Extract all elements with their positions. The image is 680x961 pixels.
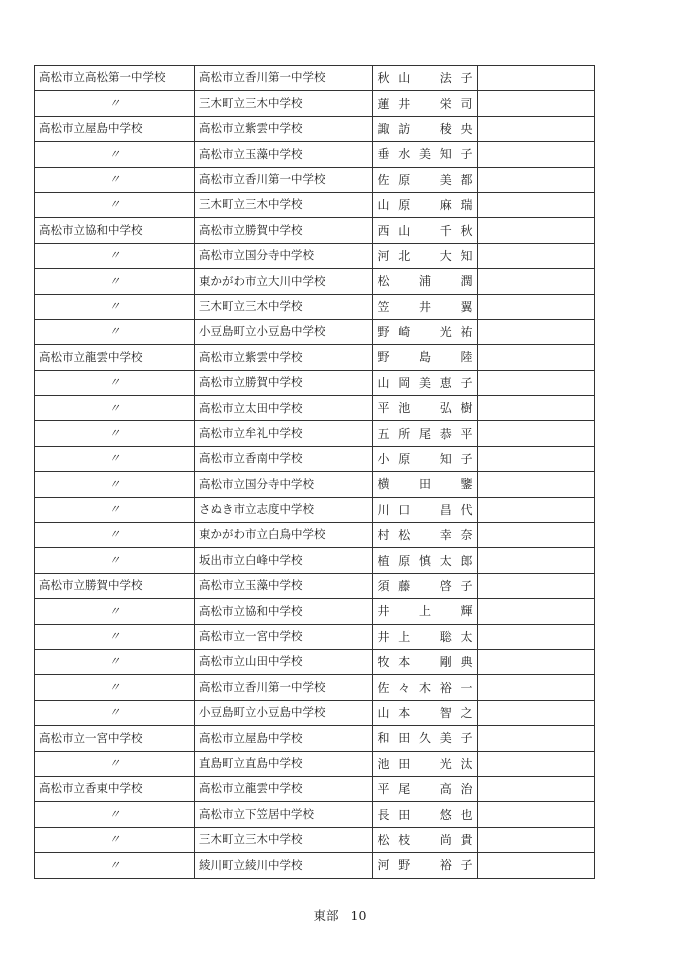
from-school-cell: 〃: [35, 853, 195, 878]
name-char: 法: [439, 72, 452, 84]
name-char: 光: [439, 326, 452, 338]
name-char: 裕: [439, 682, 452, 694]
teacher-name: 蓮井栄司: [377, 98, 473, 110]
name-char: 河: [377, 859, 390, 871]
teacher-name: 和田久美子: [377, 732, 473, 744]
teacher-name: 佐原美都: [377, 174, 473, 186]
name-char: 田: [398, 809, 411, 821]
name-char: 稜: [439, 123, 452, 135]
to-school-cell: 高松市立紫雲中学校: [195, 345, 373, 370]
name-char: 山: [398, 225, 411, 237]
name-char: 子: [460, 148, 473, 160]
name-char: 知: [460, 250, 473, 262]
to-school-cell: 高松市立牟礼中学校: [195, 421, 373, 446]
from-school-cell: 〃: [35, 319, 195, 344]
table-row: 〃直島町立直島中学校池田光汰: [35, 751, 595, 776]
name-char: 翼: [460, 301, 473, 313]
note-cell: [478, 523, 595, 548]
table-row: 高松市立龍雲中学校高松市立紫雲中学校野島陸: [35, 345, 595, 370]
teacher-name: 村松幸奈: [377, 529, 473, 541]
name-char: 上: [398, 631, 411, 643]
note-cell: [478, 91, 595, 116]
name-char: 河: [377, 250, 390, 262]
name-char: [419, 225, 432, 237]
name-char: 子: [460, 453, 473, 465]
teacher-name: 井上輝: [377, 605, 473, 617]
name-char: [419, 656, 432, 668]
name-char: 高: [439, 783, 452, 795]
to-school-cell: 高松市立玉藻中学校: [195, 573, 373, 598]
name-char: 口: [398, 504, 411, 516]
name-char: 木: [419, 682, 432, 694]
transfer-table: 高松市立高松第一中学校高松市立香川第一中学校秋山法子〃三木町立三木中学校蓮井栄司…: [34, 65, 595, 879]
teacher-name: 笠井翼: [377, 301, 473, 313]
name-char: [419, 402, 432, 414]
name-char: 昌: [439, 504, 452, 516]
name-char: 知: [439, 148, 452, 160]
name-char: 剛: [439, 656, 452, 668]
note-cell: [478, 192, 595, 217]
name-char: 松: [377, 275, 390, 287]
from-school-cell: 〃: [35, 675, 195, 700]
name-char: 田: [419, 478, 432, 490]
to-school-cell: 小豆島町立小豆島中学校: [195, 319, 373, 344]
teacher-name: 植原慎太郎: [377, 555, 473, 567]
name-char: [419, 98, 432, 110]
table-row: 〃小豆島町立小豆島中学校山本智之: [35, 700, 595, 725]
name-char: 須: [377, 580, 390, 592]
teacher-name: 山原麻瑞: [377, 199, 473, 211]
teacher-name-cell: 佐々木裕一: [373, 675, 478, 700]
table-row: 〃高松市立太田中学校平池弘樹: [35, 396, 595, 421]
note-cell: [478, 218, 595, 243]
name-char: 幸: [439, 529, 452, 541]
note-cell: [478, 776, 595, 801]
to-school-cell: 東かがわ市立白鳥中学校: [195, 523, 373, 548]
name-char: 野: [398, 859, 411, 871]
to-school-cell: 高松市立香川第一中学校: [195, 167, 373, 192]
table-row: 〃高松市立協和中学校井上輝: [35, 599, 595, 624]
name-char: [419, 174, 432, 186]
note-cell: [478, 319, 595, 344]
table-row: 〃高松市立国分寺中学校河北大知: [35, 243, 595, 268]
from-school-cell: 〃: [35, 142, 195, 167]
from-school-cell: 高松市立屋島中学校: [35, 116, 195, 141]
to-school-cell: 坂出市立白峰中学校: [195, 548, 373, 573]
teacher-name-cell: 河野裕子: [373, 853, 478, 878]
note-cell: [478, 726, 595, 751]
note-cell: [478, 142, 595, 167]
to-school-cell: 三木町立三木中学校: [195, 91, 373, 116]
teacher-name-cell: 小原知子: [373, 446, 478, 471]
name-char: [439, 275, 452, 287]
to-school-cell: 高松市立一宮中学校: [195, 624, 373, 649]
name-char: 子: [460, 377, 473, 389]
name-char: 北: [398, 250, 411, 262]
teacher-name-cell: 松浦潤: [373, 269, 478, 294]
name-char: 山: [398, 72, 411, 84]
table-row: 〃高松市立香南中学校小原知子: [35, 446, 595, 471]
name-char: [398, 275, 411, 287]
name-char: 本: [398, 656, 411, 668]
note-cell: [478, 573, 595, 598]
to-school-cell: 高松市立香川第一中学校: [195, 66, 373, 91]
to-school-cell: 東かがわ市立大川中学校: [195, 269, 373, 294]
name-char: 貴: [460, 834, 473, 846]
teacher-name-cell: 五所尾恭平: [373, 421, 478, 446]
note-cell: [478, 700, 595, 725]
from-school-cell: 〃: [35, 243, 195, 268]
teacher-name-cell: 井上聡太: [373, 624, 478, 649]
name-char: 輝: [460, 605, 473, 617]
table-row: 〃三木町立三木中学校山原麻瑞: [35, 192, 595, 217]
teacher-name-cell: 諏訪稜央: [373, 116, 478, 141]
to-school-cell: 高松市立国分寺中学校: [195, 472, 373, 497]
name-char: [419, 72, 432, 84]
name-char: 原: [398, 453, 411, 465]
name-char: 横: [377, 478, 390, 490]
table-row: 〃三木町立三木中学校松枝尚貴: [35, 827, 595, 852]
name-char: [439, 605, 452, 617]
table-row: 高松市立一宮中学校高松市立屋島中学校和田久美子: [35, 726, 595, 751]
table-row: 〃高松市立一宮中学校井上聡太: [35, 624, 595, 649]
note-cell: [478, 675, 595, 700]
to-school-cell: 高松市立屋島中学校: [195, 726, 373, 751]
note-cell: [478, 66, 595, 91]
teacher-name-cell: 横田鑒: [373, 472, 478, 497]
note-cell: [478, 116, 595, 141]
to-school-cell: 三木町立三木中学校: [195, 294, 373, 319]
note-cell: [478, 370, 595, 395]
footer-section: 東部: [314, 908, 339, 923]
name-char: [398, 301, 411, 313]
from-school-cell: 〃: [35, 599, 195, 624]
to-school-cell: 小豆島町立小豆島中学校: [195, 700, 373, 725]
name-char: 太: [439, 555, 452, 567]
name-char: 恵: [439, 377, 452, 389]
name-char: [419, 631, 432, 643]
name-char: 尾: [419, 428, 432, 440]
name-char: [419, 859, 432, 871]
name-char: 潤: [460, 275, 473, 287]
name-char: 陸: [460, 351, 473, 363]
table-row: 〃さぬき市立志度中学校川口昌代: [35, 497, 595, 522]
name-char: 水: [398, 148, 411, 160]
from-school-cell: 〃: [35, 624, 195, 649]
teacher-name: 小原知子: [377, 453, 473, 465]
table-row: 〃三木町立三木中学校笠井翼: [35, 294, 595, 319]
teacher-name: 井上聡太: [377, 631, 473, 643]
teacher-name-cell: 野崎光祐: [373, 319, 478, 344]
name-char: 奈: [460, 529, 473, 541]
name-char: 浦: [419, 275, 432, 287]
to-school-cell: 高松市立紫雲中学校: [195, 116, 373, 141]
from-school-cell: 高松市立龍雲中学校: [35, 345, 195, 370]
name-char: 山: [377, 199, 390, 211]
note-cell: [478, 649, 595, 674]
from-school-cell: 〃: [35, 649, 195, 674]
note-cell: [478, 548, 595, 573]
name-char: 代: [460, 504, 473, 516]
name-char: 恭: [439, 428, 452, 440]
note-cell: [478, 269, 595, 294]
teacher-name: 長田悠也: [377, 809, 473, 821]
name-char: 祐: [460, 326, 473, 338]
teacher-name-cell: 松枝尚貴: [373, 827, 478, 852]
name-char: [419, 809, 432, 821]
name-char: [419, 529, 432, 541]
name-char: 弘: [439, 402, 452, 414]
name-char: 上: [419, 605, 432, 617]
name-char: 平: [377, 783, 390, 795]
teacher-name-cell: 野島陸: [373, 345, 478, 370]
name-char: [398, 605, 411, 617]
name-char: 子: [460, 732, 473, 744]
to-school-cell: 直島町立直島中学校: [195, 751, 373, 776]
name-char: 治: [460, 783, 473, 795]
teacher-name-cell: 笠井翼: [373, 294, 478, 319]
name-char: 川: [377, 504, 390, 516]
to-school-cell: 高松市立香南中学校: [195, 446, 373, 471]
page-footer: 東部10: [0, 906, 680, 924]
name-char: 枝: [398, 834, 411, 846]
from-school-cell: 〃: [35, 421, 195, 446]
teacher-name: 横田鑒: [377, 478, 473, 490]
note-cell: [478, 345, 595, 370]
table-row: 〃三木町立三木中学校蓮井栄司: [35, 91, 595, 116]
teacher-name-cell: 山本智之: [373, 700, 478, 725]
name-char: 啓: [439, 580, 452, 592]
table-row: 〃高松市立下笠居中学校長田悠也: [35, 802, 595, 827]
name-char: 小: [377, 453, 390, 465]
footer-page-number: 10: [351, 908, 367, 923]
to-school-cell: 高松市立香川第一中学校: [195, 675, 373, 700]
name-char: 井: [419, 301, 432, 313]
name-char: 郎: [460, 555, 473, 567]
name-char: 松: [377, 834, 390, 846]
name-char: 光: [439, 758, 452, 770]
from-school-cell: 〃: [35, 396, 195, 421]
name-char: 井: [377, 631, 390, 643]
to-school-cell: 高松市立勝賀中学校: [195, 218, 373, 243]
from-school-cell: 〃: [35, 167, 195, 192]
name-char: 子: [460, 72, 473, 84]
name-char: 瑞: [460, 199, 473, 211]
name-char: [419, 758, 432, 770]
name-char: 千: [439, 225, 452, 237]
note-cell: [478, 853, 595, 878]
from-school-cell: 〃: [35, 91, 195, 116]
from-school-cell: 〃: [35, 497, 195, 522]
name-char: 原: [398, 174, 411, 186]
teacher-name: 西山千秋: [377, 225, 473, 237]
teacher-name-cell: 秋山法子: [373, 66, 478, 91]
name-char: 尾: [398, 783, 411, 795]
name-char: 佐: [377, 682, 390, 694]
name-char: 聡: [439, 631, 452, 643]
teacher-name: 野崎光祐: [377, 326, 473, 338]
name-char: 佐: [377, 174, 390, 186]
table-row: 〃高松市立玉藻中学校垂水美知子: [35, 142, 595, 167]
table-row: 高松市立勝賀中学校高松市立玉藻中学校須藤啓子: [35, 573, 595, 598]
name-char: [398, 351, 411, 363]
name-char: 鑒: [460, 478, 473, 490]
name-char: 智: [439, 707, 452, 719]
note-cell: [478, 294, 595, 319]
teacher-name-cell: 植原慎太郎: [373, 548, 478, 573]
from-school-cell: 〃: [35, 827, 195, 852]
name-char: 松: [398, 529, 411, 541]
name-char: 五: [377, 428, 390, 440]
name-char: [419, 326, 432, 338]
name-char: [419, 199, 432, 211]
note-cell: [478, 624, 595, 649]
name-char: 野: [377, 326, 390, 338]
name-char: [419, 580, 432, 592]
table-row: 〃東かがわ市立白鳥中学校村松幸奈: [35, 523, 595, 548]
table-row: 高松市立香東中学校高松市立龍雲中学校平尾高治: [35, 776, 595, 801]
name-char: 田: [398, 732, 411, 744]
from-school-cell: 〃: [35, 700, 195, 725]
from-school-cell: 高松市立香東中学校: [35, 776, 195, 801]
teacher-name: 諏訪稜央: [377, 123, 473, 135]
note-cell: [478, 802, 595, 827]
name-char: 久: [419, 732, 432, 744]
note-cell: [478, 599, 595, 624]
name-char: 平: [377, 402, 390, 414]
name-char: 都: [460, 174, 473, 186]
teacher-name-cell: 山岡美恵子: [373, 370, 478, 395]
from-school-cell: 〃: [35, 294, 195, 319]
note-cell: [478, 243, 595, 268]
table-row: 〃綾川町立綾川中学校河野裕子: [35, 853, 595, 878]
name-char: 美: [439, 174, 452, 186]
transfer-table-body: 高松市立高松第一中学校高松市立香川第一中学校秋山法子〃三木町立三木中学校蓮井栄司…: [35, 66, 595, 879]
note-cell: [478, 472, 595, 497]
name-char: 井: [398, 98, 411, 110]
name-char: [439, 351, 452, 363]
note-cell: [478, 396, 595, 421]
name-char: 典: [460, 656, 473, 668]
name-char: [419, 504, 432, 516]
teacher-name: 秋山法子: [377, 72, 473, 84]
teacher-name: 野島陸: [377, 351, 473, 363]
teacher-name: 池田光汰: [377, 758, 473, 770]
teacher-name: 山本智之: [377, 707, 473, 719]
table-row: 〃高松市立牟礼中学校五所尾恭平: [35, 421, 595, 446]
teacher-name: 松枝尚貴: [377, 834, 473, 846]
teacher-name: 牧本剛典: [377, 656, 473, 668]
teacher-name-cell: 蓮井栄司: [373, 91, 478, 116]
name-char: [419, 834, 432, 846]
teacher-name-cell: 山原麻瑞: [373, 192, 478, 217]
from-school-cell: 〃: [35, 446, 195, 471]
name-char: 池: [398, 402, 411, 414]
to-school-cell: 高松市立玉藻中学校: [195, 142, 373, 167]
teacher-name-cell: 須藤啓子: [373, 573, 478, 598]
name-char: 田: [398, 758, 411, 770]
name-char: 尚: [439, 834, 452, 846]
teacher-name-cell: 河北大知: [373, 243, 478, 268]
name-char: 笠: [377, 301, 390, 313]
from-school-cell: 〃: [35, 269, 195, 294]
name-char: 慎: [419, 555, 432, 567]
note-cell: [478, 827, 595, 852]
teacher-name: 垂水美知子: [377, 148, 473, 160]
table-row: 高松市立協和中学校高松市立勝賀中学校西山千秋: [35, 218, 595, 243]
name-char: 和: [377, 732, 390, 744]
teacher-name: 山岡美恵子: [377, 377, 473, 389]
teacher-name-cell: 村松幸奈: [373, 523, 478, 548]
name-char: 子: [460, 859, 473, 871]
name-char: 山: [377, 707, 390, 719]
from-school-cell: 〃: [35, 548, 195, 573]
name-char: [419, 783, 432, 795]
name-char: 山: [377, 377, 390, 389]
name-char: 訪: [398, 123, 411, 135]
teacher-name-cell: 平尾高治: [373, 776, 478, 801]
name-char: 村: [377, 529, 390, 541]
to-school-cell: 高松市立協和中学校: [195, 599, 373, 624]
name-char: 々: [398, 682, 411, 694]
teacher-name: 河野裕子: [377, 859, 473, 871]
name-char: 美: [419, 377, 432, 389]
note-cell: [478, 421, 595, 446]
name-char: 麻: [439, 199, 452, 211]
to-school-cell: 高松市立下笠居中学校: [195, 802, 373, 827]
teacher-name: 五所尾恭平: [377, 428, 473, 440]
name-char: 美: [419, 148, 432, 160]
name-char: 大: [439, 250, 452, 262]
name-char: [419, 453, 432, 465]
table-row: 〃高松市立香川第一中学校佐々木裕一: [35, 675, 595, 700]
teacher-name-cell: 池田光汰: [373, 751, 478, 776]
name-char: 也: [460, 809, 473, 821]
table-row: 〃東かがわ市立大川中学校松浦潤: [35, 269, 595, 294]
teacher-name: 松浦潤: [377, 275, 473, 287]
name-char: 樹: [460, 402, 473, 414]
name-char: 西: [377, 225, 390, 237]
teacher-name: 須藤啓子: [377, 580, 473, 592]
teacher-name: 平尾高治: [377, 783, 473, 795]
from-school-cell: 〃: [35, 523, 195, 548]
from-school-cell: 高松市立勝賀中学校: [35, 573, 195, 598]
note-cell: [478, 497, 595, 522]
name-char: 子: [460, 580, 473, 592]
name-char: 岡: [398, 377, 411, 389]
to-school-cell: 高松市立国分寺中学校: [195, 243, 373, 268]
name-char: 太: [460, 631, 473, 643]
to-school-cell: 高松市立太田中学校: [195, 396, 373, 421]
name-char: [419, 250, 432, 262]
name-char: 央: [460, 123, 473, 135]
teacher-name: 佐々木裕一: [377, 682, 473, 694]
from-school-cell: 〃: [35, 802, 195, 827]
table-row: 〃高松市立勝賀中学校山岡美恵子: [35, 370, 595, 395]
name-char: 原: [398, 199, 411, 211]
from-school-cell: 〃: [35, 370, 195, 395]
name-char: [419, 123, 432, 135]
teacher-name-cell: 西山千秋: [373, 218, 478, 243]
name-char: 井: [377, 605, 390, 617]
name-char: [398, 478, 411, 490]
table-row: 〃高松市立山田中学校牧本剛典: [35, 649, 595, 674]
to-school-cell: さぬき市立志度中学校: [195, 497, 373, 522]
table-row: 〃高松市立香川第一中学校佐原美都: [35, 167, 595, 192]
teacher-name-cell: 佐原美都: [373, 167, 478, 192]
teacher-name-cell: 平池弘樹: [373, 396, 478, 421]
name-char: 所: [398, 428, 411, 440]
